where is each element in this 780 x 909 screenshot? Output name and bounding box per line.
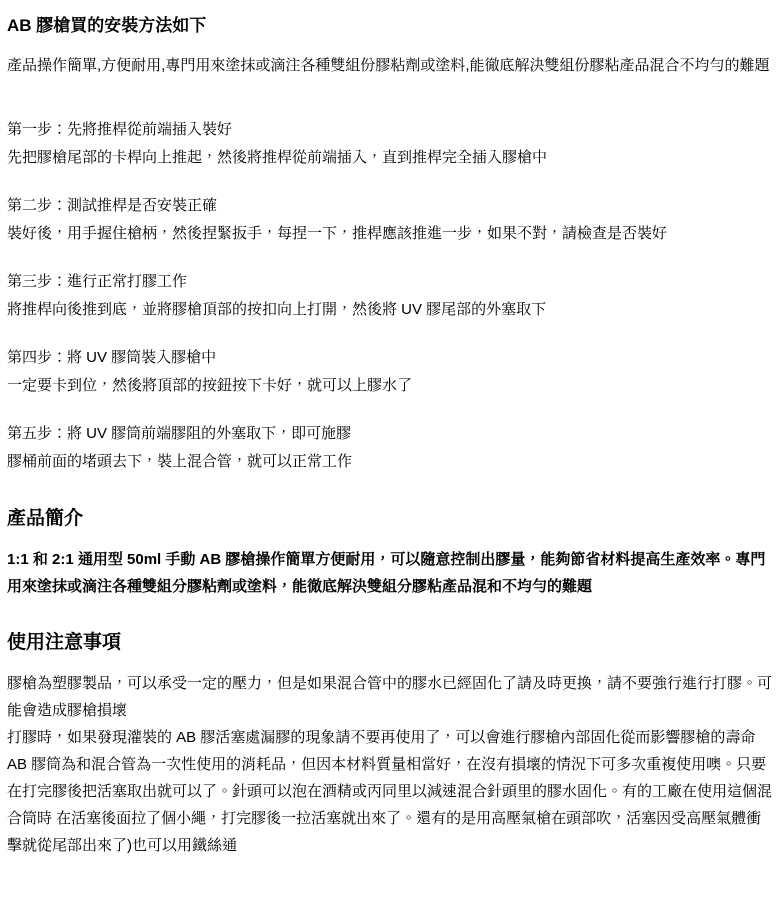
- document-title: AB 膠槍買的安裝方法如下: [7, 14, 772, 38]
- step-2-heading: 第二步：測試推桿是否安裝正確: [7, 192, 772, 220]
- product-intro-paragraph: 1:1 和 2:1 通用型 50ml 手動 AB 膠槍操作簡單方便耐用，可以隨意…: [7, 546, 772, 600]
- step-4-detail: 一定要卡到位，然後將頂部的按鈕按下卡好，就可以上膠水了: [7, 372, 772, 400]
- step-5-heading: 第五步：將 UV 膠筒前端膠阻的外塞取下，即可施膠: [7, 420, 772, 448]
- usage-note-paragraph-1: 膠槍為塑膠製品，可以承受一定的壓力，但是如果混合管中的膠水已經固化了請及時更換，…: [7, 670, 772, 724]
- document-page: AB 膠槍買的安裝方法如下 產品操作簡單,方便耐用,專門用來塗抹或滴注各種雙組份…: [0, 0, 780, 909]
- step-5: 第五步：將 UV 膠筒前端膠阻的外塞取下，即可施膠 膠桶前面的堵頭去下，裝上混合…: [7, 420, 772, 476]
- step-3-heading: 第三步：進行正常打膠工作: [7, 268, 772, 296]
- section-heading-usage-notes: 使用注意事項: [7, 630, 772, 656]
- step-1-detail: 先把膠槍尾部的卡桿向上推起，然後將推桿從前端插入，直到推桿完全插入膠槍中: [7, 144, 772, 172]
- step-4: 第四步：將 UV 膠筒裝入膠槍中 一定要卡到位，然後將頂部的按鈕按下卡好，就可以…: [7, 344, 772, 400]
- step-2-detail: 裝好後，用手握住槍柄，然後捏緊扳手，每捏一下，推桿應該推進一步，如果不對，請檢查…: [7, 220, 772, 248]
- intro-paragraph: 產品操作簡單,方便耐用,專門用來塗抹或滴注各種雙組份膠粘劑或塗料,能徹底解決雙組…: [7, 54, 772, 78]
- step-1: 第一步：先將推桿從前端插入裝好 先把膠槍尾部的卡桿向上推起，然後將推桿從前端插入…: [7, 116, 772, 172]
- section-heading-product-intro: 產品簡介: [7, 506, 772, 532]
- step-5-detail: 膠桶前面的堵頭去下，裝上混合管，就可以正常工作: [7, 448, 772, 476]
- step-3-detail: 將推桿向後推到底，並將膠槍頂部的按扣向上打開，然後將 UV 膠尾部的外塞取下: [7, 296, 772, 324]
- usage-notes: 膠槍為塑膠製品，可以承受一定的壓力，但是如果混合管中的膠水已經固化了請及時更換，…: [7, 670, 772, 859]
- step-4-heading: 第四步：將 UV 膠筒裝入膠槍中: [7, 344, 772, 372]
- usage-note-paragraph-3: AB 膠筒為和混合管為一次性使用的消耗品，但因本材料質量相當好，在沒有損壞的情況…: [7, 751, 772, 859]
- step-3: 第三步：進行正常打膠工作 將推桿向後推到底，並將膠槍頂部的按扣向上打開，然後將 …: [7, 268, 772, 324]
- step-1-heading: 第一步：先將推桿從前端插入裝好: [7, 116, 772, 144]
- usage-note-paragraph-2: 打膠時，如果發現灌裝的 AB 膠活塞處漏膠的現象請不要再使用了，可以會進行膠槍內…: [7, 724, 772, 751]
- step-2: 第二步：測試推桿是否安裝正確 裝好後，用手握住槍柄，然後捏緊扳手，每捏一下，推桿…: [7, 192, 772, 248]
